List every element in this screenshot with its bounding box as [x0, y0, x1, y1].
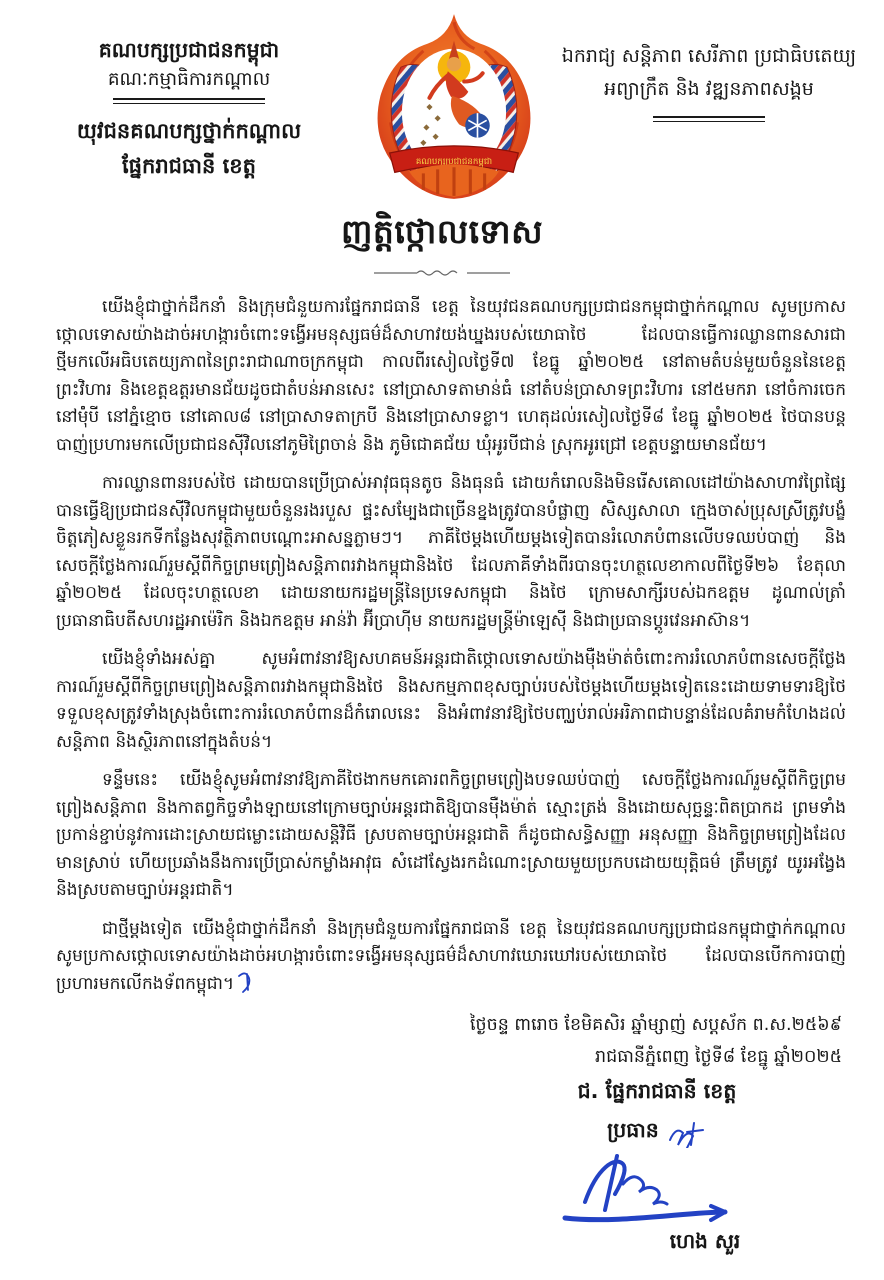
for-department-line: ជ. ផ្នែករាជធានី ខេត្ត — [492, 1079, 822, 1109]
handwritten-initials-icon — [667, 1120, 707, 1148]
handwritten-mark-icon — [236, 971, 252, 993]
double-rule — [653, 116, 765, 122]
youth-wing-line: យុវជនគណបក្សថ្នាក់កណ្តាល — [28, 116, 350, 148]
paragraph-1: យើងខ្ញុំជាថ្នាក់ដឹកនាំ និងក្រុមជំនួយការផ… — [56, 294, 846, 459]
signature-block: ជ. ផ្នែករាជធានី ខេត្ត ប្រធាន ហេង សួរ — [492, 1079, 822, 1258]
letterhead-right-block: ឯករាជ្យ សន្តិភាព សេរីភាព ប្រជាធិបតេយ្យ អ… — [558, 40, 860, 134]
paragraph-4: ទន្ទឹមនេះ យើងខ្ញុំសូមអំពាវនាវឱ្យភាគីថៃងា… — [56, 767, 846, 905]
double-rule — [113, 98, 265, 104]
party-name: គណបក្សប្រជាជនកម្ពុជា — [28, 36, 350, 65]
party-emblem: គណបក្សប្រជាជនកម្ពុជា — [350, 10, 558, 202]
letter-page: គណបក្សប្រជាជនកម្ពុជា គណៈកម្មាធិការកណ្តាល… — [0, 0, 884, 1280]
department-line: ផ្នែករាជធានី ខេត្ត — [28, 151, 350, 183]
letterhead-left-block: គណបក្សប្រជាជនកម្ពុជា គណៈកម្មាធិការកណ្តាល… — [28, 36, 350, 183]
role-label: ប្រធាន — [607, 1118, 659, 1148]
paragraph-5: ជាថ្មីម្តងទៀត យើងខ្ញុំជាថ្នាក់ដឹកនាំ និង… — [56, 916, 846, 999]
letterhead: គណបក្សប្រជាជនកម្ពុជា គណៈកម្មាធិការកណ្តាល… — [0, 0, 884, 202]
paragraph-3: យើងខ្ញុំទាំងអស់គ្នា សូមអំពាវនាវឱ្យសហគមន៍… — [56, 646, 846, 756]
motto-line-1: ឯករាជ្យ សន្តិភាព សេរីភាព ប្រជាធិបតេយ្យ — [558, 40, 860, 73]
lunar-date-line: ថ្ងៃចន្ទ ពារោច ខែមិគសិរ ឆ្នាំម្សាញ់ សប្ត… — [0, 1009, 842, 1041]
cpp-emblem-icon: គណបក្សប្រជាជនកម្ពុជា — [356, 10, 552, 202]
motto-line-2: អព្យាក្រឹត និង វឌ្ឍនភាពសង្គម — [558, 73, 860, 106]
signature-icon — [557, 1150, 757, 1228]
civil-date-line: រាជធានីភ្នំពេញ ថ្ងៃទី៨ ខែធ្នូ ឆ្នាំ២០២៥ — [0, 1041, 842, 1073]
paragraph-2: ការឈ្លានពានរបស់ថៃ ដោយបានប្រើប្រាស់អាវុធធ… — [56, 470, 846, 635]
role-row: ប្រធាន — [492, 1118, 822, 1148]
central-committee-line: គណៈកម្មាធិការកណ្តាល — [28, 67, 350, 93]
title-divider — [0, 268, 884, 278]
document-title: ញត្តិថ្កោលទោស — [0, 212, 884, 260]
signer-name: ហេង សួរ — [540, 1228, 870, 1258]
squiggle-divider-icon — [372, 268, 512, 278]
letter-body: យើងខ្ញុំជាថ្នាក់ដឹកនាំ និងក្រុមជំនួយការផ… — [0, 278, 884, 998]
date-block: ថ្ងៃចន្ទ ពារោច ខែមិគសិរ ឆ្នាំម្សាញ់ សប្ត… — [0, 1009, 884, 1073]
